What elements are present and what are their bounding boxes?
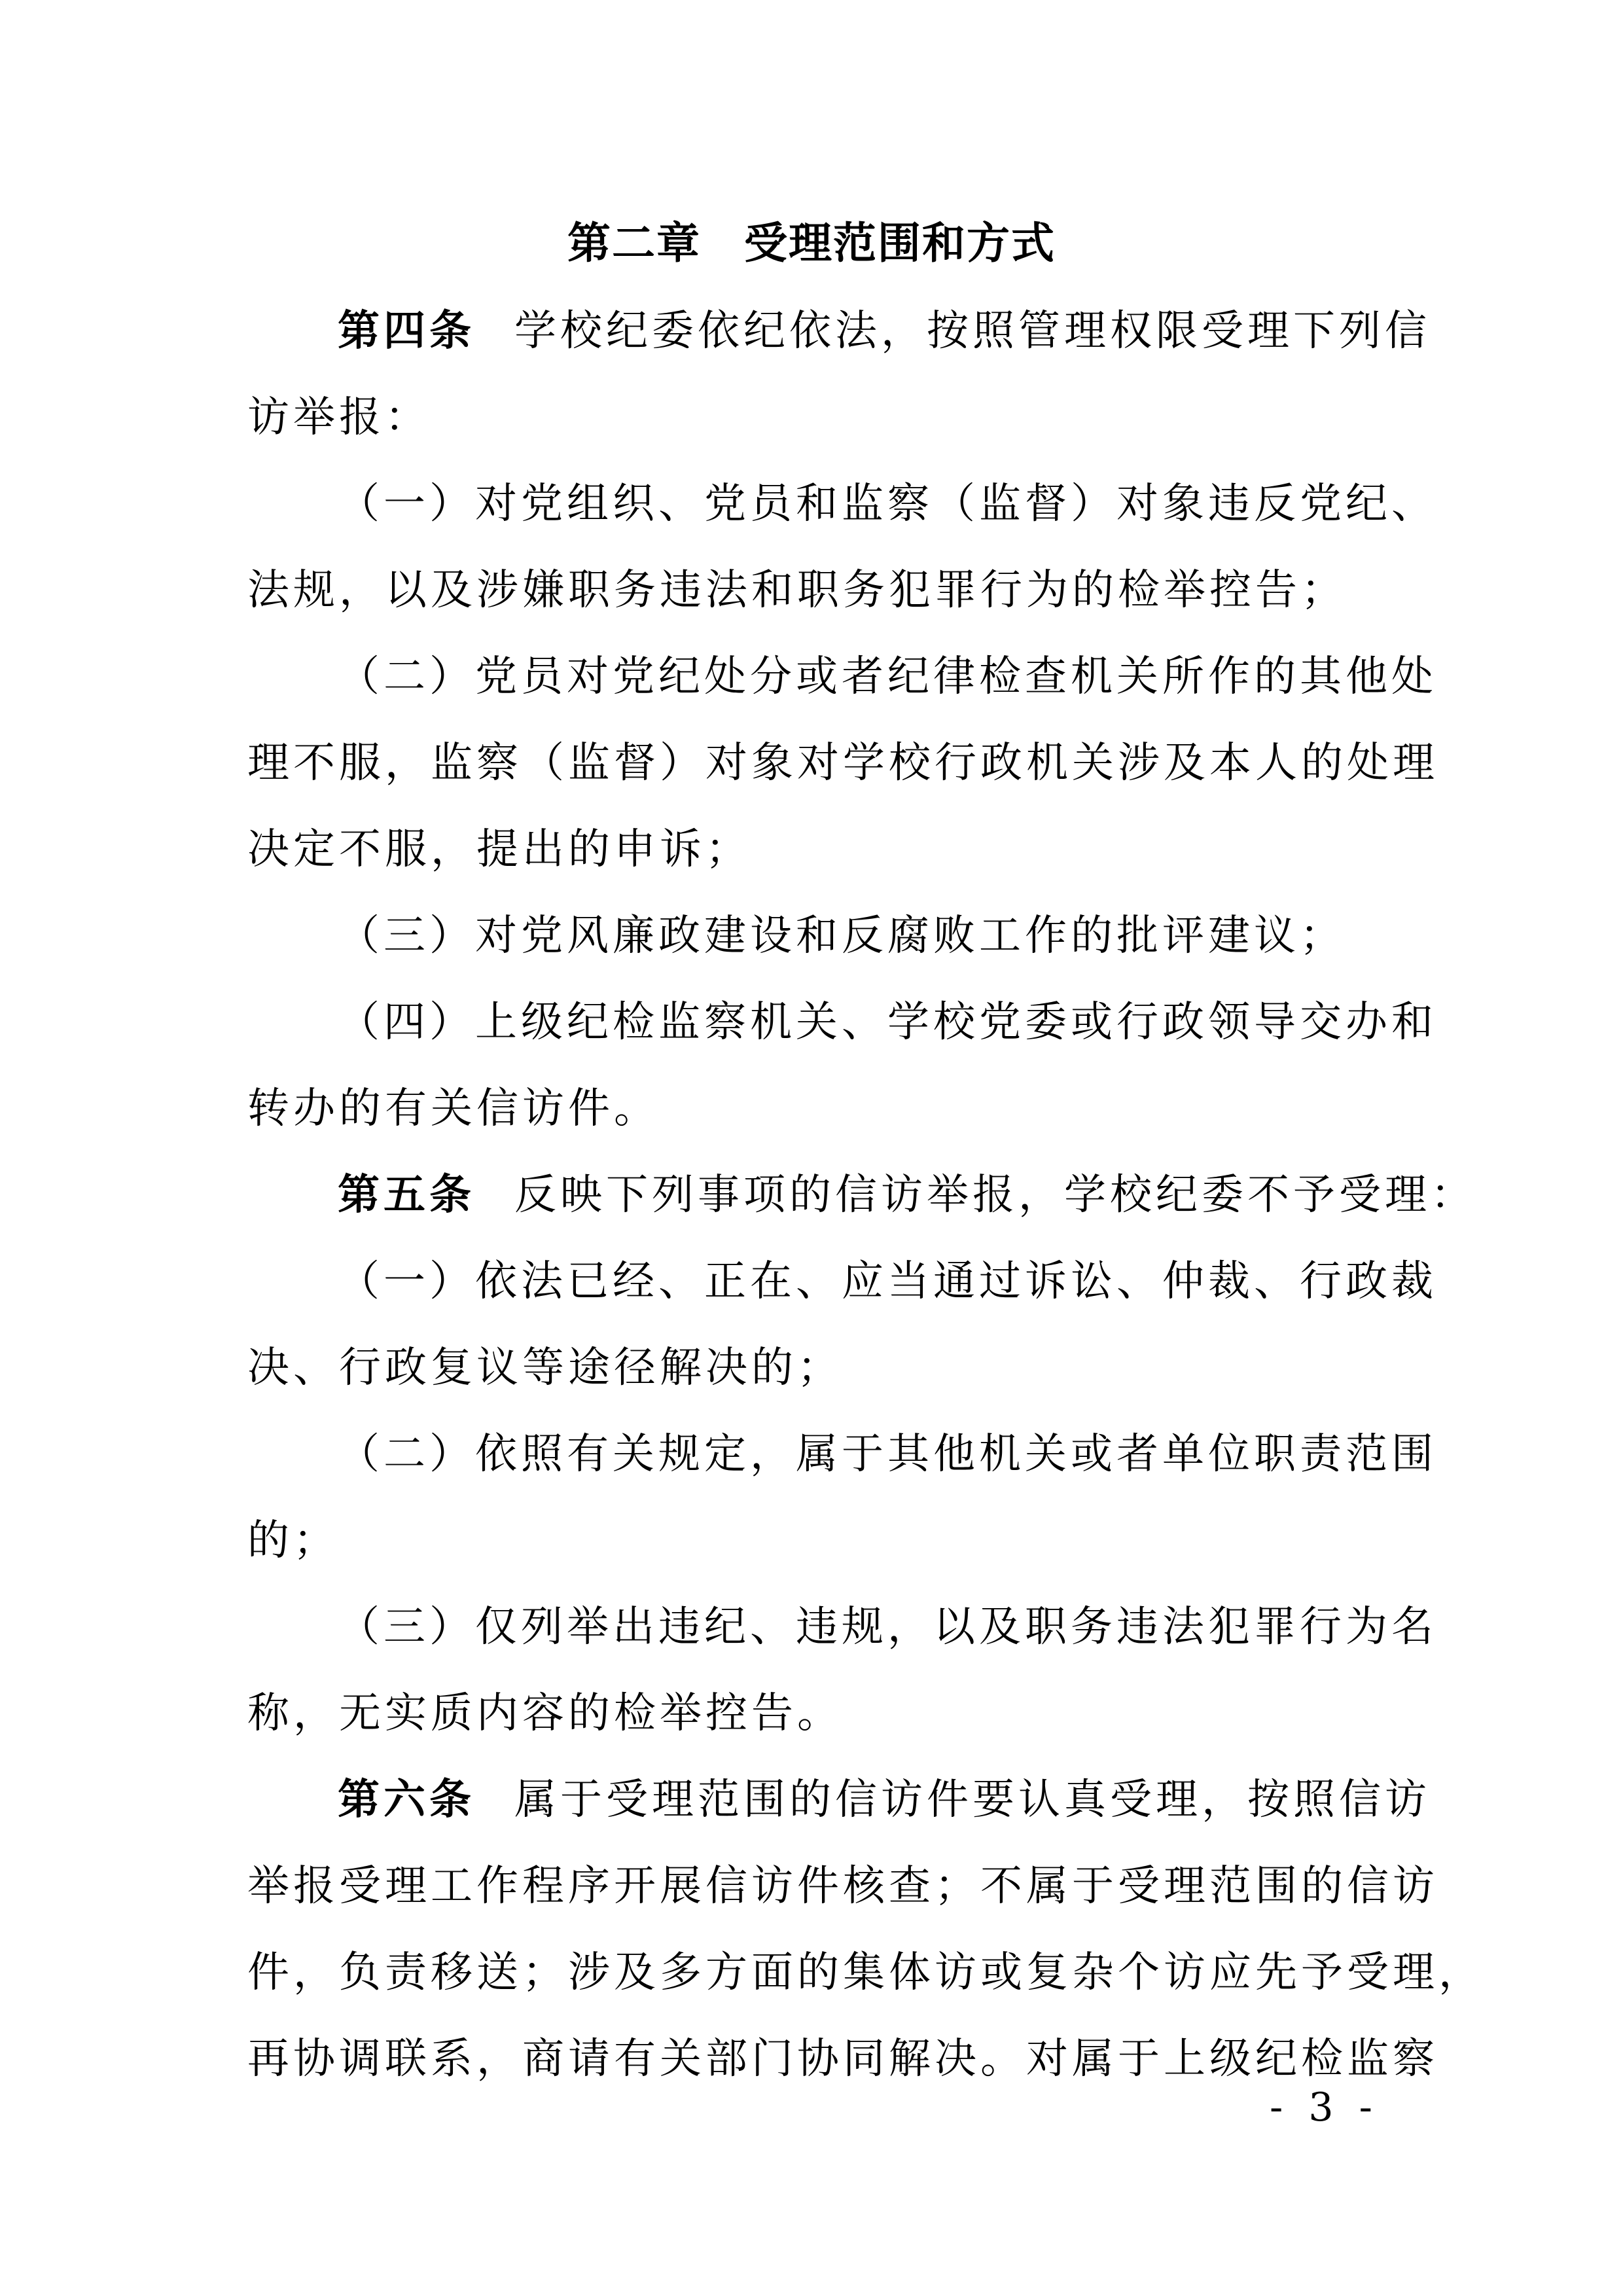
chapter-heading: 受理范围和方式 [744, 218, 1056, 268]
line-text: 属于受理范围的信访件要认真受理，按照信访 [514, 1776, 1431, 1824]
line-text: 举报受理工作程序开展信访件核查；不属于受理范围的信访 [247, 1862, 1438, 1910]
text-line: 访举报： [247, 374, 1380, 461]
text-line: 再协调联系，商请有关部门协同解决。对属于上级纪检监察 [247, 2016, 1380, 2102]
page-number: - 3 - [1270, 2085, 1379, 2130]
line-text: 决定不服，提出的申诉； [247, 825, 751, 874]
line-text: 理不服，监察（监督）对象对学校行政机关涉及本人的处理 [247, 739, 1438, 787]
text-line: （一）对党组织、党员和监察（监督）对象违反党纪、 [247, 461, 1380, 547]
text-line: 决、行政复议等途径解决的； [247, 1325, 1380, 1411]
text-line: 法规，以及涉嫌职务违法和职务犯罪行为的检举控告； [247, 547, 1380, 634]
chapter-number: 第二章 [567, 218, 701, 268]
text-line: 举报受理工作程序开展信访件核查；不属于受理范围的信访 [247, 1843, 1380, 1929]
line-text: 称，无实质内容的检举控告。 [247, 1689, 843, 1738]
text-line: 转办的有关信访件。 [247, 1066, 1380, 1152]
text-line: （三）对党风廉政建设和反腐败工作的批评建议； [247, 893, 1380, 979]
line-text: 件，负责移送；涉及多方面的集体访或复杂个访应先予受理， [247, 1948, 1484, 1997]
document-page: 第二章受理范围和方式 第四条学校纪委依纪依法，按照管理权限受理下列信访举报：（一… [0, 0, 1623, 2296]
text-line: （四）上级纪检监察机关、学校党委或行政领导交办和 [247, 979, 1380, 1066]
document-body: 第四条学校纪委依纪依法，按照管理权限受理下列信访举报：（一）对党组织、党员和监察… [247, 288, 1380, 2102]
line-text: （三）对党风廉政建设和反腐败工作的批评建议； [338, 912, 1346, 960]
line-text: 法规，以及涉嫌职务违法和职务犯罪行为的检举控告； [247, 566, 1347, 615]
line-text: 转办的有关信访件。 [247, 1085, 660, 1133]
line-text: 决、行政复议等途径解决的； [247, 1344, 843, 1392]
line-text: 学校纪委依纪依法，按照管理权限受理下列信 [514, 307, 1431, 355]
article-line: 第五条反映下列事项的信访举报，学校纪委不予受理： [247, 1152, 1380, 1238]
line-text: （四）上级纪检监察机关、学校党委或行政领导交办和 [338, 998, 1437, 1047]
text-line: （三）仅列举出违纪、违规，以及职务违法犯罪行为名 [247, 1584, 1380, 1670]
text-line: 决定不服，提出的申诉； [247, 806, 1380, 893]
text-line: 理不服，监察（监督）对象对学校行政机关涉及本人的处理 [247, 720, 1380, 806]
line-text: 访举报： [247, 393, 431, 442]
article-number: 第四条 [338, 307, 475, 355]
line-text: （一）依法已经、正在、应当通过诉讼、仲裁、行政裁 [338, 1257, 1437, 1306]
line-text: （三）仅列举出违纪、违规，以及职务违法犯罪行为名 [338, 1603, 1437, 1651]
text-line: 称，无实质内容的检举控告。 [247, 1670, 1380, 1757]
line-text: 再协调联系，商请有关部门协同解决。对属于上级纪检监察 [247, 2035, 1438, 2083]
line-text: （二）依照有关规定，属于其他机关或者单位职责范围 [338, 1430, 1437, 1479]
article-number: 第六条 [338, 1776, 475, 1824]
article-line: 第六条属于受理范围的信访件要认真受理，按照信访 [247, 1757, 1380, 1843]
chapter-title: 第二章受理范围和方式 [0, 208, 1623, 270]
text-line: 件，负责移送；涉及多方面的集体访或复杂个访应先予受理， [247, 1929, 1380, 2016]
line-text: （一）对党组织、党员和监察（监督）对象违反党纪、 [338, 480, 1437, 528]
article-number: 第五条 [338, 1171, 475, 1219]
line-text: 的； [247, 1516, 339, 1565]
line-text: 反映下列事项的信访举报，学校纪委不予受理： [514, 1171, 1476, 1219]
line-text: （二）党员对党纪处分或者纪律检查机关所作的其他处 [338, 653, 1437, 701]
text-line: （二）依照有关规定，属于其他机关或者单位职责范围 [247, 1411, 1380, 1498]
article-line: 第四条学校纪委依纪依法，按照管理权限受理下列信 [247, 288, 1380, 374]
text-line: （一）依法已经、正在、应当通过诉讼、仲裁、行政裁 [247, 1238, 1380, 1325]
text-line: 的； [247, 1498, 1380, 1584]
text-line: （二）党员对党纪处分或者纪律检查机关所作的其他处 [247, 634, 1380, 720]
